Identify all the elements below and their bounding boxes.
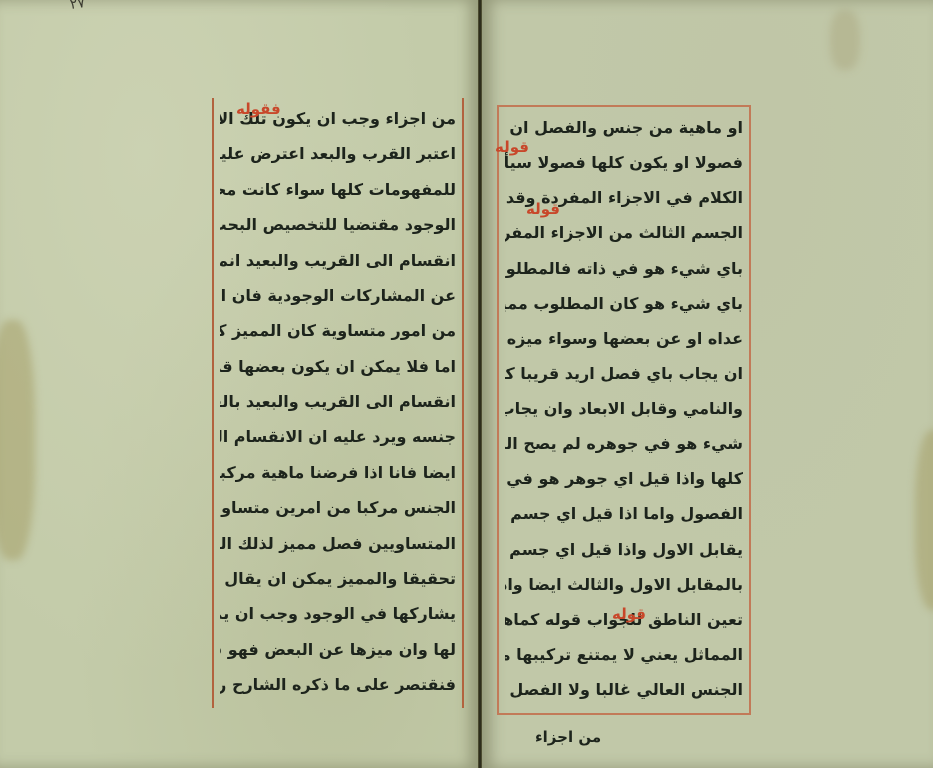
manuscript-line: يقابل الاول واذا قيل اي جسم نام هو في ذا…	[505, 535, 743, 565]
manuscript-line: انقسام الى القريب والبعيد بالفصل المميز …	[220, 387, 456, 417]
water-stain-left	[0, 320, 35, 560]
rubric-heading: قوله	[495, 138, 529, 156]
manuscript-line: الجنس العالي غالبا ولا الفصل الاخير فصلا…	[505, 675, 743, 705]
manuscript-line: باي شيء هو كان المطلوب مميزه في الجملة س…	[505, 289, 743, 319]
left-text-block: من اجزاء وجب ان يكون تلك الاجزاء متباينة…	[212, 98, 464, 708]
manuscript-line: او ماهية من جنس والفصل ان يكون بعضها اجن…	[505, 113, 743, 143]
manuscript-line: الفصول واما اذا قيل اي جسم هو في ذاته لم…	[505, 499, 743, 529]
manuscript-line: لها وان ميزها عن البعض فهو فصل بعيد لها …	[220, 635, 456, 665]
manuscript-line: انقسام الى القريب والبعيد انما يتصور في …	[220, 246, 456, 276]
right-text-block: او ماهية من جنس والفصل ان يكون بعضها اجن…	[497, 105, 751, 715]
manuscript-line: عداه او عن بعضها وسواء ميزه تمييزا ذاتيا…	[505, 324, 743, 354]
manuscript-line: المماثل يعني لا يمتنع تركيبها من جنس وفص…	[505, 640, 743, 670]
manuscript-line: جنسه ويرد عليه ان الانقسام اليهما مخصوص …	[220, 422, 456, 452]
manuscript-line: فنقتصر على ما ذكره الشارح رحمه الله فان …	[220, 670, 456, 700]
manuscript-line: فصولا او يكون كلها فصولا سيأتي وكر بهذه …	[505, 148, 743, 178]
manuscript-line: كلها واذا قيل اي جوهر هو في ذاته صح الجو…	[505, 464, 743, 494]
rubric-heading: قوله	[612, 605, 646, 623]
manuscript-line: باي شيء هو في ذاته فالمطلوب التمييز في ا…	[505, 254, 743, 284]
rubric-heading: قوله	[526, 200, 560, 218]
manuscript-line: من امور متساوية كان المميز كل واحد منها …	[220, 316, 456, 346]
manuscript-line: بالمقابل الاول والثالث ايضا واذا قيل اي …	[505, 570, 743, 600]
binding-gutter	[478, 0, 482, 768]
manuscript-line: للمفهومات كلها سواء كانت محققة الوجود او…	[220, 175, 456, 205]
manuscript-line: الجسم الثالث من الاجزاء المفردة مع كونه …	[505, 218, 743, 248]
manuscript-line: تحقيقا والمميز يمكن ان يقال الفصل المميز…	[220, 564, 456, 594]
manuscript-line: عن المشاركات الوجودية فان الماهية اذا تر…	[220, 281, 456, 311]
foxing-stain	[830, 10, 860, 70]
manuscript-spread: ٢٧ من اجزاء وجب ان يكون تلك الاجزاء متبا…	[0, 0, 933, 768]
rubric-heading: فقوله	[236, 100, 281, 118]
manuscript-line: ان يجاب باي فصل اريد قريبا كان او بعيدا …	[505, 359, 743, 389]
manuscript-line: الجنس مركبا من امرين متساويين فان كل واح…	[220, 493, 456, 523]
water-stain-right	[915, 430, 933, 610]
manuscript-line: والنامي وقابل الابعاد وان يجاب بالخاصة ا…	[505, 394, 743, 424]
manuscript-line: شيء هو في جوهره لم يصح الجواب بالخاصة وص…	[505, 429, 743, 459]
manuscript-line: اعتبر القرب والبعد اعترض عليه بان قواعد …	[220, 139, 456, 169]
manuscript-line: ايضا فانا اذا فرضنا ماهية مركبة من جنس و…	[220, 458, 456, 488]
left-lines: من اجزاء وجب ان يكون تلك الاجزاء متباينة…	[220, 98, 456, 708]
manuscript-line: المتساويين فصل مميز لذلك الجنس عن جميع ا…	[220, 529, 456, 559]
manuscript-line: يشاركها في الوجود وجب ان يميزها عن جميعه…	[220, 599, 456, 629]
manuscript-line: الوجود مقتضيا للتخصيص البحث به فالصواب ا…	[220, 210, 456, 240]
manuscript-line: اما فلا يمكن ان يكون بعضها قريبا وبعضها …	[220, 352, 456, 382]
catchword: من اجزاء	[535, 728, 601, 746]
folio-corner-mark: ٢٧	[69, 0, 86, 13]
